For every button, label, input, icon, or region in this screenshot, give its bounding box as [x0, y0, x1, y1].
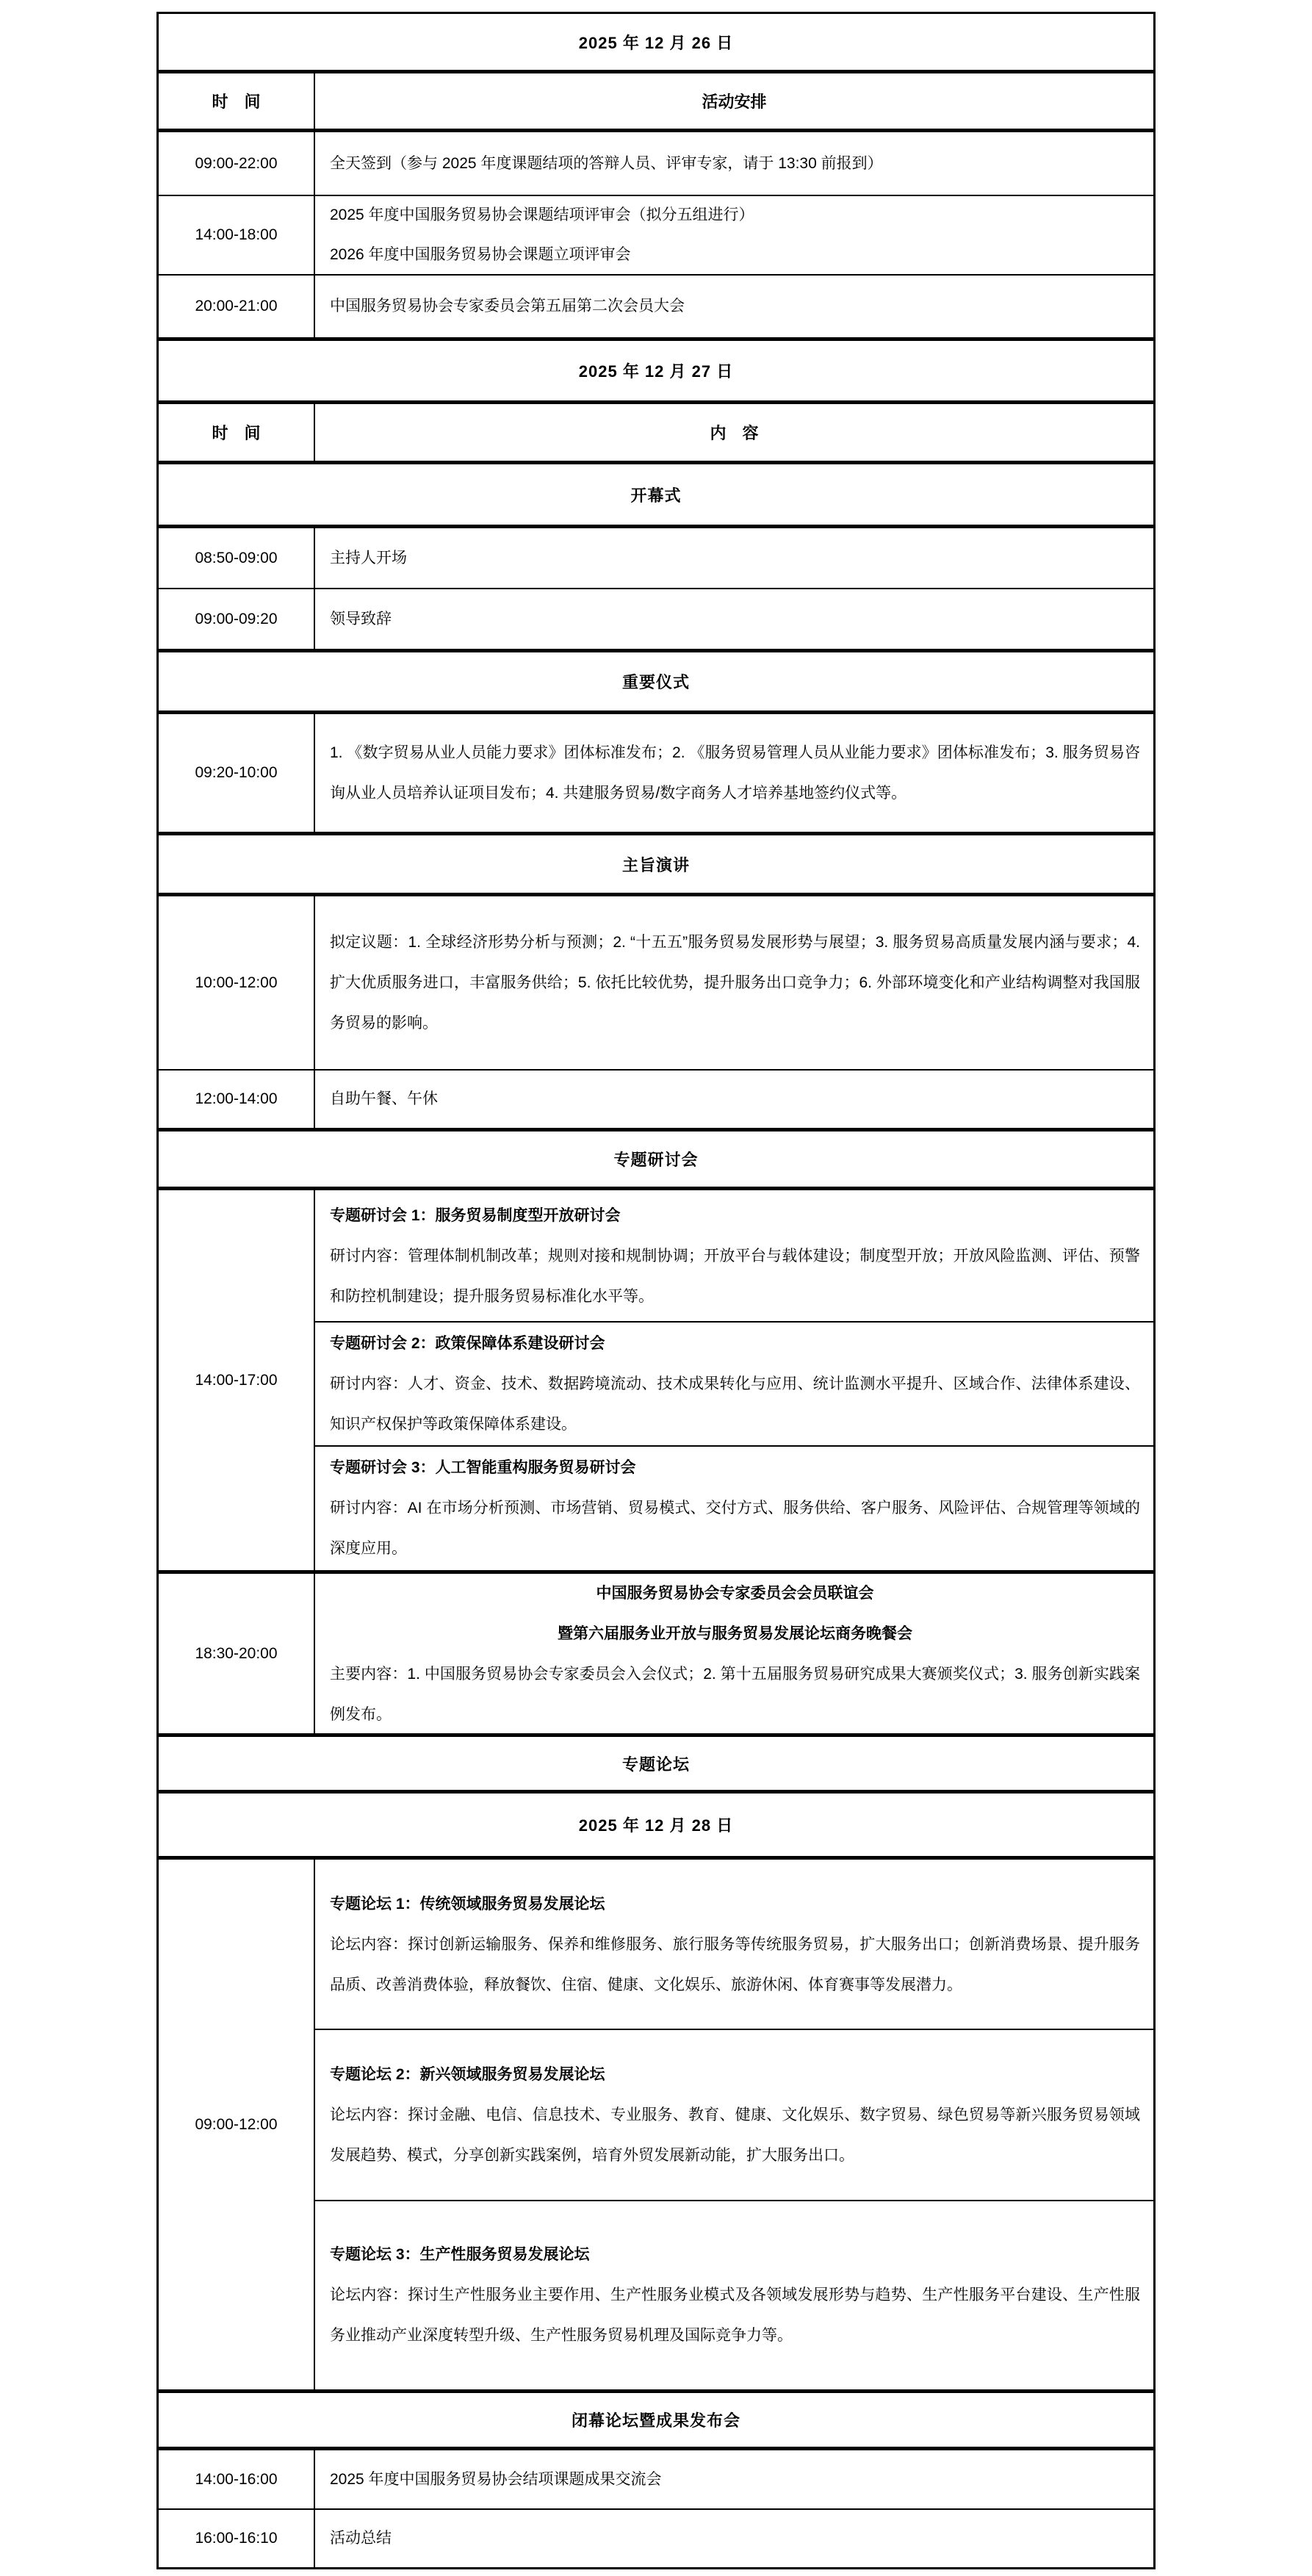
seminar-list: 专题研讨会 1：服务贸易制度型开放研讨会 研讨内容：管理体制机制改革；规则对接和…	[315, 1190, 1153, 1570]
date-text: 2025 年 12 月 28 日	[579, 1813, 733, 1836]
activity-text: 主持人开场	[330, 539, 1140, 578]
dinner-body: 主要内容：1. 中国服务贸易协会专家委员会入会仪式；2. 第十五届服务贸易研究成…	[330, 1654, 1140, 1735]
schedule-row-review: 14:00-18:00 2025 年度中国服务贸易协会课题结项评审会（拟分五组进…	[159, 195, 1153, 274]
section-title: 开幕式	[630, 483, 681, 506]
forum-body: 论坛内容：探讨生产性服务业主要作用、生产性服务业模式及各领域发展形势与趋势、生产…	[330, 2275, 1140, 2356]
schedule-block-forums: 09:00-12:00 专题论坛 1：传统领域服务贸易发展论坛 论坛内容：探讨创…	[159, 1856, 1153, 2389]
date-text: 2025 年 12 月 27 日	[579, 359, 733, 382]
schedule-row-dinner: 18:30-20:00 中国服务贸易协会专家委员会会员联谊会 暨第六届服务业开放…	[159, 1570, 1153, 1733]
seminar-body: 研讨内容：AI 在市场分析预测、市场营销、贸易模式、交付方式、服务供给、客户服务…	[330, 1488, 1140, 1569]
time-cell: 09:00-12:00	[159, 1860, 315, 2389]
forum-title: 专题论坛 2：新兴领域服务贸易发展论坛	[330, 2054, 1140, 2095]
schedule-row-keynote: 10:00-12:00 拟定议题：1. 全球经济形势分析与预测；2. “十五五”…	[159, 893, 1153, 1069]
forum-item-1: 专题论坛 1：传统领域服务贸易发展论坛 论坛内容：探讨创新运输服务、保养和维修服…	[315, 1860, 1153, 2029]
content-cell: 2025 年度中国服务贸易协会结项课题成果交流会	[315, 2450, 1153, 2508]
agenda-table: 2025 年 12 月 26 日 时 间 活动安排 09:00-22:00 全天…	[156, 12, 1156, 2569]
time-cell: 14:00-17:00	[159, 1190, 315, 1570]
content-column-header: 活动安排	[315, 73, 1153, 129]
section-header-forums: 专题论坛	[159, 1733, 1153, 1790]
date-header-day3: 2025 年 12 月 28 日	[159, 1790, 1153, 1856]
time-cell: 09:00-09:20	[159, 589, 315, 649]
content-cell: 1. 《数字贸易从业人员能力要求》团体标准发布；2. 《服务贸易管理人员从业能力…	[315, 714, 1153, 832]
content-cell: 主持人开场	[315, 528, 1153, 588]
date-header-day2: 2025 年 12 月 27 日	[159, 337, 1153, 400]
seminar-body: 研讨内容：管理体制机制改革；规则对接和规制协调；开放平台与载体建设；制度型开放；…	[330, 1236, 1140, 1317]
schedule-row-exchange: 14:00-16:00 2025 年度中国服务贸易协会结项课题成果交流会	[159, 2447, 1153, 2508]
content-cell: 自助午餐、午休	[315, 1071, 1153, 1128]
activity-text-line2: 2026 年度中国服务贸易协会课题立项评审会	[330, 235, 1140, 275]
time-column-header: 时 间	[159, 73, 315, 129]
activity-text-line1: 2025 年度中国服务贸易协会课题结项评审会（拟分五组进行）	[330, 195, 1140, 235]
content-cell: 中国服务贸易协会专家委员会第五届第二次会员大会	[315, 276, 1153, 337]
seminar-item-2: 专题研讨会 2：政策保障体系建设研讨会 研讨内容：人才、资金、技术、数据跨境流动…	[315, 1321, 1153, 1444]
activity-text: 领导致辞	[330, 600, 1140, 639]
forum-list: 专题论坛 1：传统领域服务贸易发展论坛 论坛内容：探讨创新运输服务、保养和维修服…	[315, 1860, 1153, 2389]
time-cell: 09:00-22:00	[159, 132, 315, 195]
section-title: 重要仪式	[622, 670, 690, 693]
section-header-ceremony: 重要仪式	[159, 649, 1153, 710]
schedule-row-summary: 16:00-16:10 活动总结	[159, 2508, 1153, 2567]
section-title: 主旨演讲	[622, 853, 690, 876]
content-cell: 全天签到（参与 2025 年度课题结项的答辩人员、评审专家，请于 13:30 前…	[315, 132, 1153, 195]
date-header-day1: 2025 年 12 月 26 日	[159, 14, 1153, 70]
time-cell: 08:50-09:00	[159, 528, 315, 588]
content-cell: 拟定议题：1. 全球经济形势分析与预测；2. “十五五”服务贸易发展形势与展望；…	[315, 896, 1153, 1069]
time-column-header: 时 间	[159, 404, 315, 461]
schedule-row-assembly: 20:00-21:00 中国服务贸易协会专家委员会第五届第二次会员大会	[159, 274, 1153, 337]
section-title: 专题论坛	[622, 1752, 690, 1775]
schedule-row-host: 08:50-09:00 主持人开场	[159, 525, 1153, 588]
seminar-item-3: 专题研讨会 3：人工智能重构服务贸易研讨会 研讨内容：AI 在市场分析预测、市场…	[315, 1445, 1153, 1570]
forum-item-3: 专题论坛 3：生产性服务贸易发展论坛 论坛内容：探讨生产性服务业主要作用、生产性…	[315, 2200, 1153, 2389]
time-cell: 18:30-20:00	[159, 1574, 315, 1733]
dinner-title-line2: 暨第六届服务业开放与服务贸易发展论坛商务晚餐会	[330, 1613, 1140, 1654]
content-cell: 活动总结	[315, 2510, 1153, 2567]
forum-title: 专题论坛 3：生产性服务贸易发展论坛	[330, 2234, 1140, 2275]
time-cell: 20:00-21:00	[159, 276, 315, 337]
seminar-body: 研讨内容：人才、资金、技术、数据跨境流动、技术成果转化与应用、统计监测水平提升、…	[330, 1364, 1140, 1444]
time-cell: 09:20-10:00	[159, 714, 315, 832]
section-header-opening: 开幕式	[159, 461, 1153, 525]
activity-text: 2025 年度中国服务贸易协会结项课题成果交流会	[330, 2460, 1140, 2500]
activity-text: 自助午餐、午休	[330, 1079, 1140, 1119]
seminar-item-1: 专题研讨会 1：服务贸易制度型开放研讨会 研讨内容：管理体制机制改革；规则对接和…	[315, 1190, 1153, 1321]
content-cell: 2025 年度中国服务贸易协会课题结项评审会（拟分五组进行） 2026 年度中国…	[315, 196, 1153, 274]
forum-item-2: 专题论坛 2：新兴领域服务贸易发展论坛 论坛内容：探讨金融、电信、信息技术、专业…	[315, 2029, 1153, 2199]
content-column-header: 内 容	[315, 404, 1153, 461]
time-cell: 16:00-16:10	[159, 2510, 315, 2567]
activity-text: 活动总结	[330, 2519, 1140, 2558]
activity-text: 中国服务贸易协会专家委员会第五届第二次会员大会	[330, 287, 1140, 326]
time-cell: 14:00-18:00	[159, 196, 315, 274]
date-text: 2025 年 12 月 26 日	[579, 31, 733, 54]
time-cell: 10:00-12:00	[159, 896, 315, 1069]
seminar-title: 专题研讨会 3：人工智能重构服务贸易研讨会	[330, 1447, 1140, 1488]
content-cell: 中国服务贸易协会专家委员会会员联谊会 暨第六届服务业开放与服务贸易发展论坛商务晚…	[315, 1574, 1153, 1733]
forum-title: 专题论坛 1：传统领域服务贸易发展论坛	[330, 1884, 1140, 1924]
forum-body: 论坛内容：探讨创新运输服务、保养和维修服务、旅行服务等传统服务贸易，扩大服务出口…	[330, 1924, 1140, 2005]
forum-body: 论坛内容：探讨金融、电信、信息技术、专业服务、教育、健康、文化娱乐、数字贸易、绿…	[330, 2095, 1140, 2176]
schedule-row-ceremony: 09:20-10:00 1. 《数字贸易从业人员能力要求》团体标准发布；2. 《…	[159, 710, 1153, 832]
activity-text: 1. 《数字贸易从业人员能力要求》团体标准发布；2. 《服务贸易管理人员从业能力…	[330, 733, 1140, 813]
section-title: 专题研讨会	[613, 1148, 698, 1170]
time-cell: 12:00-14:00	[159, 1071, 315, 1128]
schedule-row-lunch: 12:00-14:00 自助午餐、午休	[159, 1069, 1153, 1128]
time-cell: 14:00-16:00	[159, 2450, 315, 2508]
section-header-keynote: 主旨演讲	[159, 832, 1153, 893]
section-header-seminars: 专题研讨会	[159, 1128, 1153, 1187]
seminar-title: 专题研讨会 2：政策保障体系建设研讨会	[330, 1323, 1140, 1364]
activity-text: 拟定议题：1. 全球经济形势分析与预测；2. “十五五”服务贸易发展形势与展望；…	[330, 922, 1140, 1043]
document-page: 2025 年 12 月 26 日 时 间 活动安排 09:00-22:00 全天…	[0, 0, 1312, 2576]
column-header-row-day1: 时 间 活动安排	[159, 70, 1153, 129]
activity-text: 全天签到（参与 2025 年度课题结项的答辩人员、评审专家，请于 13:30 前…	[330, 144, 1140, 184]
schedule-block-seminars: 14:00-17:00 专题研讨会 1：服务贸易制度型开放研讨会 研讨内容：管理…	[159, 1187, 1153, 1570]
seminar-title: 专题研讨会 1：服务贸易制度型开放研讨会	[330, 1195, 1140, 1236]
schedule-row-signin: 09:00-22:00 全天签到（参与 2025 年度课题结项的答辩人员、评审专…	[159, 129, 1153, 195]
content-cell: 领导致辞	[315, 589, 1153, 649]
column-header-row-day2: 时 间 内 容	[159, 400, 1153, 461]
dinner-title-line1: 中国服务贸易协会专家委员会会员联谊会	[330, 1573, 1140, 1613]
section-header-closing: 闭幕论坛暨成果发布会	[159, 2389, 1153, 2447]
section-title: 闭幕论坛暨成果发布会	[572, 2408, 740, 2431]
schedule-row-speech: 09:00-09:20 领导致辞	[159, 588, 1153, 649]
